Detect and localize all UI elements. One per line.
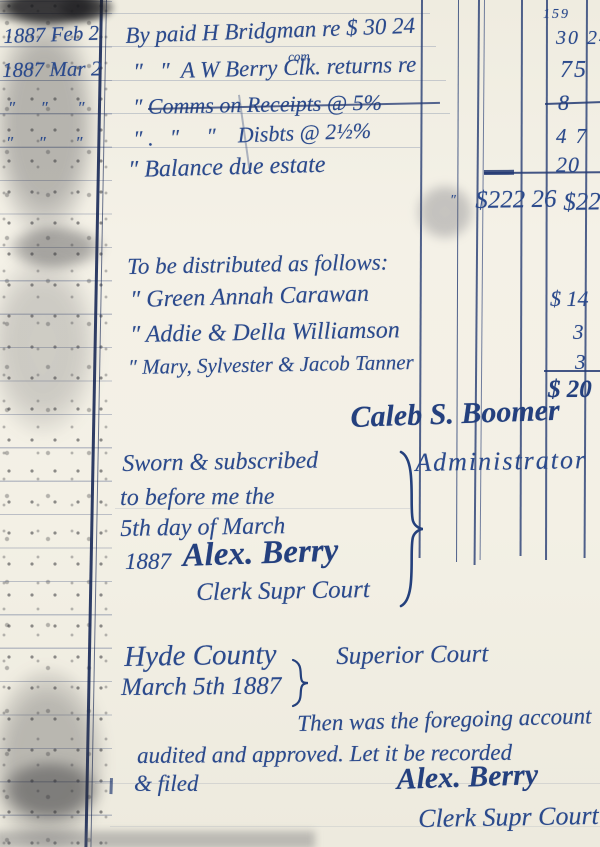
heir-amount: $ 14 bbox=[550, 288, 589, 310]
certification-date: March 5th 1887 bbox=[121, 674, 281, 700]
ruled-line bbox=[0, 46, 436, 47]
clerk-signature: Alex. Berry bbox=[182, 535, 339, 573]
clerk-title: Clerk Supr Court bbox=[196, 577, 370, 605]
clerk-title: Clerk Supr Court bbox=[418, 803, 599, 832]
entry-desc-superscript: com bbox=[288, 49, 310, 63]
total-rule-dash bbox=[484, 169, 514, 174]
entry-desc: ″ . ″ ″ Disbts @ 2½% bbox=[133, 120, 371, 150]
column-rule bbox=[480, 0, 485, 560]
county-brace bbox=[290, 658, 312, 708]
administrator-title: Administrator bbox=[415, 447, 587, 476]
stray-mark bbox=[109, 778, 112, 794]
page-number: 159 bbox=[543, 8, 570, 22]
county-name: Hyde County bbox=[124, 640, 277, 672]
distribution-total-rule bbox=[544, 370, 600, 372]
entry-amount: 4 7 bbox=[556, 126, 588, 147]
entry-date-ditto: ″ ″ ″ bbox=[6, 134, 83, 151]
entry-date-ditto: ″ ″ ″ bbox=[8, 99, 85, 116]
jurat-brace bbox=[398, 450, 424, 608]
certification-line: Then was the foregoing account bbox=[297, 704, 592, 735]
heir-amount: 3 bbox=[573, 322, 584, 343]
ditto-mark: ″ bbox=[133, 94, 148, 119]
entry-date: 1887 Feb 2 bbox=[3, 23, 99, 47]
column-rule bbox=[474, 0, 481, 565]
total-carry-amount: $222 bbox=[563, 189, 600, 215]
margin-ruled-strip bbox=[0, 0, 112, 847]
heir-name: ″ Addie & Della Williamson bbox=[130, 318, 400, 347]
entry-amount: 30 24 bbox=[556, 28, 600, 48]
heir-name: ″ Green Annah Carawan bbox=[130, 282, 369, 312]
court-name: Superior Court bbox=[336, 641, 489, 669]
entry-desc: ″ Balance due estate bbox=[128, 153, 326, 182]
entry-desc: By paid H Bridgman re $ 30 24 bbox=[125, 14, 415, 47]
entry-amount: 20 bbox=[556, 154, 580, 176]
distribution-heading: To be distributed as follows: bbox=[127, 250, 389, 278]
column-rule bbox=[584, 0, 588, 558]
heir-name: ″ Mary, Sylvester & Jacob Tanner bbox=[128, 352, 414, 378]
certification-line: & filed bbox=[134, 772, 199, 795]
column-rule bbox=[545, 0, 547, 560]
entry-amount: 75 bbox=[560, 58, 588, 82]
administrator-signature: Caleb S. Boomer bbox=[350, 396, 560, 433]
column-rule bbox=[456, 0, 459, 562]
entry-date: 1887 Mar 2 bbox=[2, 58, 102, 81]
jurat-year: 1887 bbox=[125, 550, 171, 573]
clerk-signature: Alex. Berry bbox=[396, 760, 539, 795]
ledger-page: 159 1887 Feb 2 1887 Mar 2 ″ ″ ″ ″ ″ ″ By… bbox=[0, 0, 600, 847]
total-ditto: ″ bbox=[450, 194, 456, 208]
jurat-line: Sworn & subscribed bbox=[122, 449, 318, 476]
total-amount: $222 26 bbox=[475, 187, 557, 213]
smudge bbox=[415, 183, 475, 241]
jurat-line: to before me the bbox=[120, 485, 275, 510]
entry-desc: ″ ″ A W Berry Clk. returns re bbox=[133, 53, 417, 83]
strike-line bbox=[545, 101, 600, 105]
heir-amount: 3 bbox=[575, 352, 586, 373]
